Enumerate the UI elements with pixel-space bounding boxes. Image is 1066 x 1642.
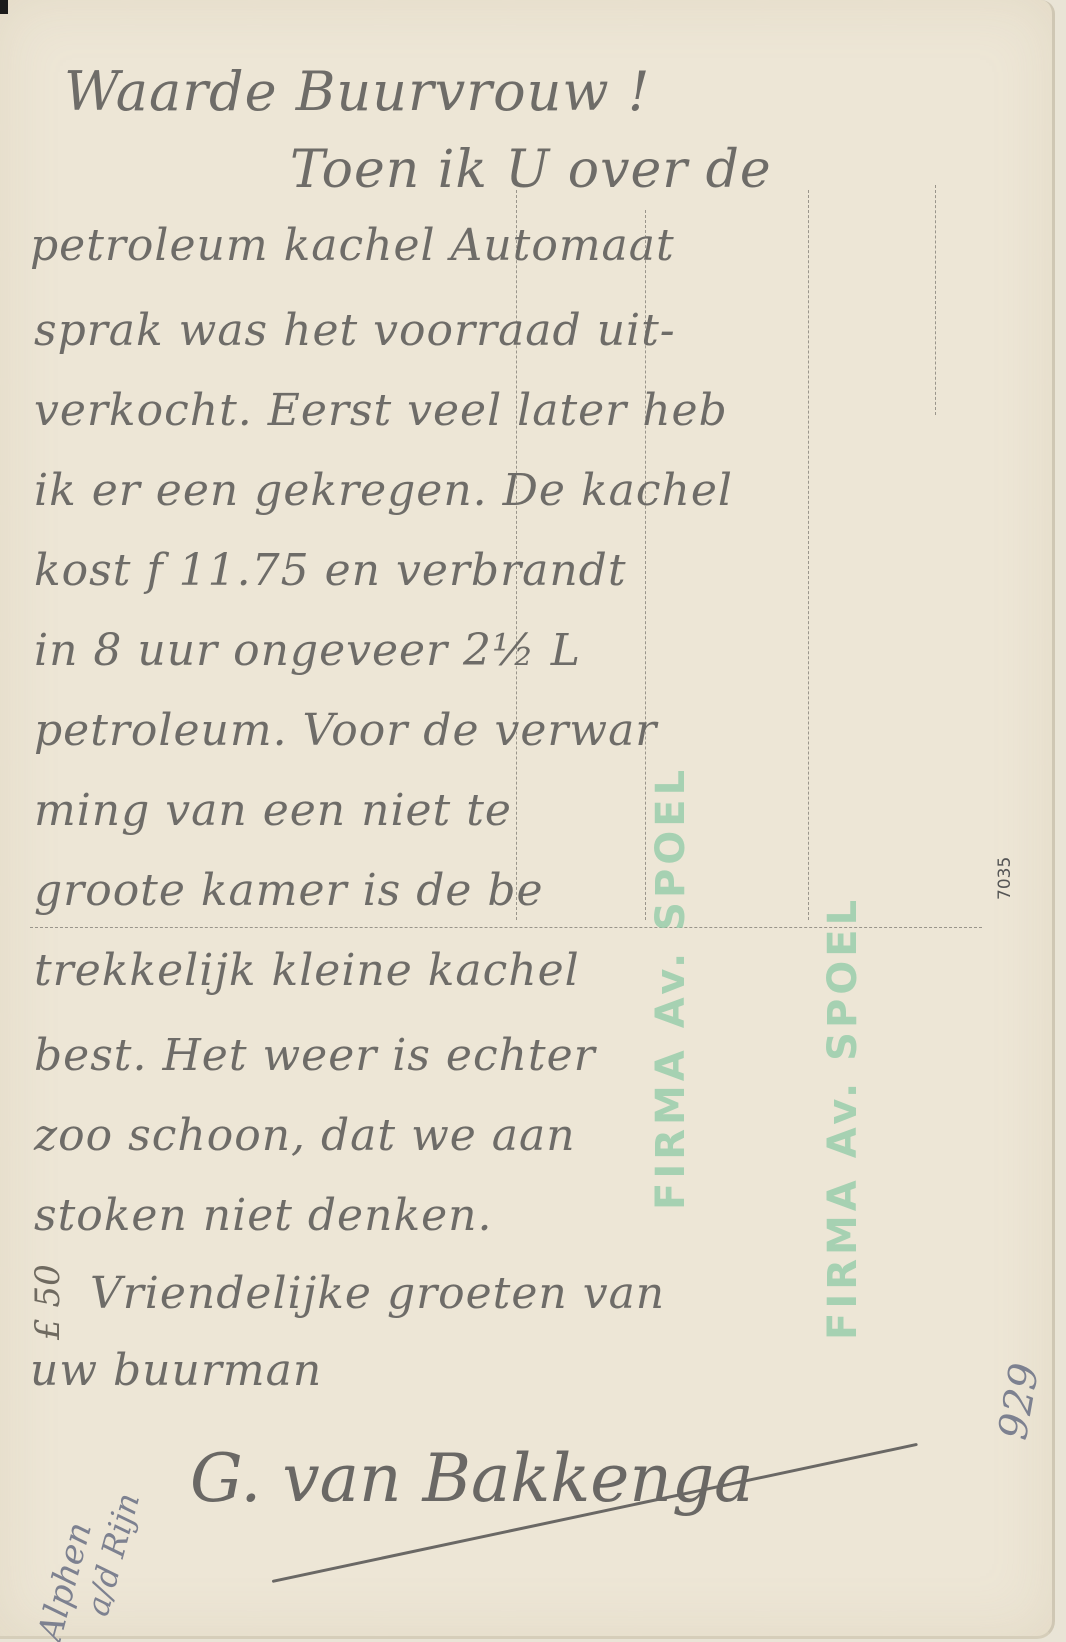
letter-line: stoken niet denken. xyxy=(34,1190,492,1241)
letter-line: ming van een niet te xyxy=(34,785,512,836)
pencil-price: £ 50 xyxy=(28,1264,68,1340)
letter-line: in 8 uur ongeveer 2½ L xyxy=(34,625,581,676)
letter-line: ik er een gekregen. De kachel xyxy=(34,465,733,516)
letter-line: zoo schoon, dat we aan xyxy=(34,1110,576,1161)
letter-line: sprak was het voorraad uit- xyxy=(34,305,676,356)
letter-line: Waarde Buurvrouw ! xyxy=(64,60,650,123)
postcard-back: Waarde Buurvrouw ! Toen ik U over de pet… xyxy=(0,0,1055,1639)
address-line-4 xyxy=(935,185,936,415)
printed-card-number: 7035 xyxy=(995,857,1015,900)
letter-line: petroleum kachel Automaat xyxy=(30,220,675,271)
letter-line: uw buurman xyxy=(30,1345,322,1396)
firm-stamp: FIRMA Av. SPOEL xyxy=(648,766,694,1210)
address-line-3 xyxy=(808,190,809,920)
signature: G. van Bakkenga xyxy=(190,1440,753,1517)
letter-line: Toen ik U over de xyxy=(290,140,772,200)
letter-line: trekkelijk kleine kachel xyxy=(34,945,580,996)
letter-line: verkocht. Eerst veel later heb xyxy=(34,385,728,436)
letter-line: groote kamer is de be xyxy=(34,865,544,916)
letter-line: Vriendelijke groeten van xyxy=(90,1268,665,1319)
scan-corner xyxy=(0,0,8,14)
letter-line: best. Het weer is echter xyxy=(34,1030,596,1081)
firm-stamp: FIRMA Av. SPOEL xyxy=(820,896,866,1340)
pencil-catalog-number: 929 xyxy=(990,1360,1049,1443)
letter-line: petroleum. Voor de verwar xyxy=(34,705,657,756)
letter-line: kost f 11.75 en verbrandt xyxy=(34,545,627,596)
